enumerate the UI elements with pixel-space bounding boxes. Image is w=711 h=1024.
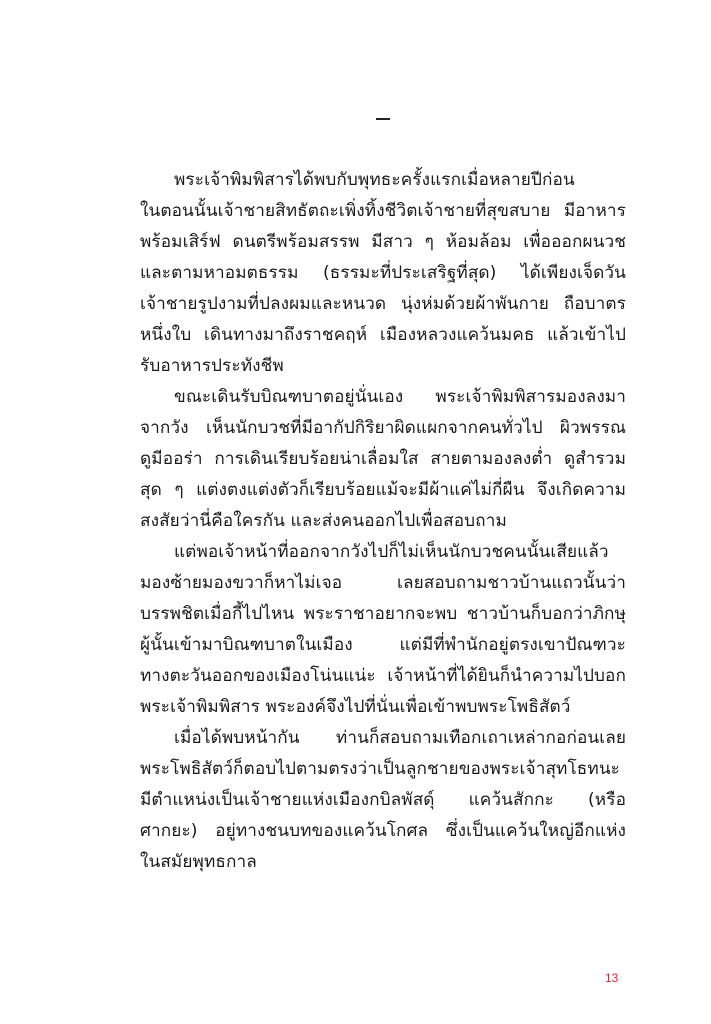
text-line: ในสมัยพุทธกาล: [140, 847, 626, 878]
text-line: ทางตะวันออกของเมืองโน่นแน่ะ เจ้าหน้าที่ไ…: [140, 661, 626, 692]
text-line: ดูมีออร่า การเดินเรียบร้อยน่าเลื่อมใส สา…: [140, 444, 626, 475]
text-line: สุด ๆ แต่งตงแต่งตัวก็เรียบร้อยแม้จะมีผ้า…: [140, 475, 626, 506]
text-line: ผู้นั้นเข้ามาบิณฑบาตในเมือง แต่มีที่พำนั…: [140, 630, 626, 661]
body-text: พระเจ้าพิมพิสารได้พบกับพุทธะครั้งแรกเมื่…: [140, 165, 626, 878]
text-line: บรรพชิตเมื่อกี้ไปไหน พระราชาอยากจะพบ ชาว…: [140, 599, 626, 630]
text-line: รับอาหารประทังชีพ: [140, 351, 626, 382]
text-line: พระเจ้าพิมพิสาร พระองค์จึงไปที่นั่นเพื่อ…: [140, 692, 626, 723]
header-dash-mark: [376, 118, 390, 120]
text-line: พระโพธิสัตว์ก็ตอบไปตามตรงว่าเป็นลูกชายขอ…: [140, 754, 626, 785]
text-line: มองซ้ายมองขวาก็หาไม่เจอ เลยสอบถามชาวบ้าน…: [140, 568, 626, 599]
document-page: พระเจ้าพิมพิสารได้พบกับพุทธะครั้งแรกเมื่…: [0, 0, 711, 1024]
text-line: และตามหาอมตธรรม (ธรรมะที่ประเสริฐที่สุด)…: [140, 258, 626, 289]
text-line: เจ้าชายรูปงามที่ปลงผมและหนวด นุ่งห่มด้วย…: [140, 289, 626, 320]
text-line: หนึ่งใบ เดินทางมาถึงราชคฤห์ เมืองหลวงแคว…: [140, 320, 626, 351]
text-line: แต่พอเจ้าหน้าที่ออกจากวังไปก็ไม่เห็นนักบ…: [140, 537, 626, 568]
page-number: 13: [605, 971, 618, 985]
text-line: พระเจ้าพิมพิสารได้พบกับพุทธะครั้งแรกเมื่…: [140, 165, 626, 196]
text-line: เมื่อได้พบหน้ากัน ท่านก็สอบถามเทือกเถาเห…: [140, 723, 626, 754]
text-line: จากวัง เห็นนักบวชที่มีอากัปกิริยาผิดแผกจ…: [140, 413, 626, 444]
text-line: ศากยะ) อยู่ทางชนบทของแคว้นโกศล ซึ่งเป็นแ…: [140, 816, 626, 847]
text-line: มีตำแหน่งเป็นเจ้าชายแห่งเมืองกบิลพัสดุ์ …: [140, 785, 626, 816]
text-line: ในตอนนั้นเจ้าชายสิทธัตถะเพิ่งทิ้งชีวิตเจ…: [140, 196, 626, 227]
text-line: ขณะเดินรับบิณฑบาตอยู่นั่นเอง พระเจ้าพิมพ…: [140, 382, 626, 413]
text-line: พร้อมเสิร์ฟ ดนตรีพร้อมสรรพ มีสาว ๆ ห้อมล…: [140, 227, 626, 258]
text-line: สงสัยว่านี่คือใครกัน และส่งคนออกไปเพื่อส…: [140, 506, 626, 537]
